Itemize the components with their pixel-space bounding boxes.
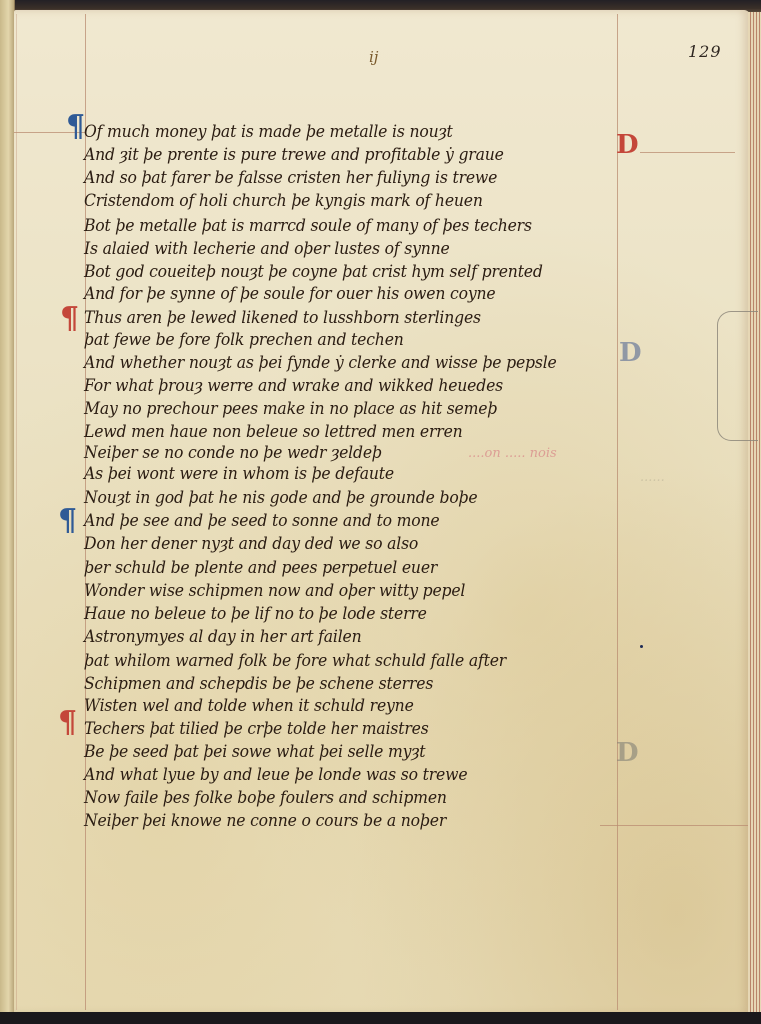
ink-dot bbox=[640, 645, 643, 648]
paraph-red-1: D bbox=[616, 132, 639, 158]
text-line-5: Bot þe metalle þat is marrcd soule of ma… bbox=[84, 216, 532, 236]
text-line-15: Neiþer se no conde no þe wedr ȝeldeþ bbox=[84, 443, 382, 463]
text-line-6: Is alaied with lecherie and oþer lustes … bbox=[84, 239, 450, 259]
text-line-23: Astronymyes al day in her art failen bbox=[84, 627, 361, 647]
text-line-1: Of much money þat is made þe metalle is … bbox=[84, 122, 453, 142]
text-line-24: þat whilom warned folk be fore what schu… bbox=[84, 651, 506, 671]
text-line-21: Wonder wise schipmen now and oþer witty … bbox=[84, 581, 465, 601]
marginal-note: ....on ..... nois bbox=[468, 446, 557, 461]
text-line-12: For what þrouȝ werre and wrake and wikke… bbox=[84, 376, 503, 396]
text-line-25: Schipmen and schepdis be þe schene sterr… bbox=[84, 674, 433, 694]
show-through-text: ...... bbox=[640, 470, 665, 485]
initial-red-2: ¶ bbox=[58, 708, 77, 738]
text-line-9: Thus aren þe lewed likened to lusshborn … bbox=[84, 308, 481, 328]
text-line-16: As þei wont were in whom is þe defaute bbox=[84, 464, 394, 484]
text-line-3: And so þat farer be falsse cristen her f… bbox=[84, 168, 497, 188]
ruling-bottom-right bbox=[600, 825, 748, 826]
text-line-4: Cristendom of holi church þe kyngis mark… bbox=[84, 191, 483, 211]
text-line-28: Be þe seed þat þei sowe what þei selle m… bbox=[84, 742, 425, 762]
ruling-right bbox=[617, 14, 618, 1010]
text-line-13: May no prechour pees make in no place as… bbox=[84, 399, 497, 419]
text-line-29: And what lyue by and leue þe londe was s… bbox=[84, 765, 467, 785]
text-line-22: Haue no beleue to þe lif no to þe lode s… bbox=[84, 604, 427, 624]
text-line-7: Bot god coueiteþ nouȝt þe coyne þat cris… bbox=[84, 262, 543, 282]
paraph-blue-1: D bbox=[619, 340, 642, 366]
text-line-26: Wisten wel and tolde when it schuld reyn… bbox=[84, 696, 414, 716]
text-line-20: þer schuld be plente and pees perpetuel … bbox=[84, 558, 437, 578]
page-clip bbox=[717, 311, 758, 441]
text-line-27: Techers þat tilied þe crþe tolde her mai… bbox=[84, 719, 429, 739]
paraph-grey-1: D bbox=[616, 740, 639, 766]
book-gutter bbox=[0, 0, 15, 1024]
ruling-gutter bbox=[16, 14, 17, 1010]
text-line-2: And ȝit þe prente is pure trewe and prof… bbox=[84, 145, 504, 165]
book-bottom-edge bbox=[0, 1012, 761, 1024]
text-line-14: Lewd men haue non beleue so lettred men … bbox=[84, 422, 463, 442]
ruling-top-right bbox=[640, 152, 735, 153]
initial-blue-2: ¶ bbox=[58, 506, 77, 536]
text-line-11: And whether nouȝt as þei fynde ẏ clerke … bbox=[84, 353, 557, 373]
initial-red-1: ¶ bbox=[60, 304, 79, 334]
text-line-17: Nouȝt in god þat he nis gode and þe grou… bbox=[84, 488, 477, 508]
text-line-30: Now faile þes folke boþe foulers and sch… bbox=[84, 788, 447, 808]
text-line-10: þat fewe be fore folk prechen and techen bbox=[84, 330, 404, 350]
text-line-8: And for þe synne of þe soule for ouer hi… bbox=[84, 284, 495, 304]
text-line-19: Don her dener nyȝt and day ded we so als… bbox=[84, 534, 418, 554]
text-line-31: Neiþer þei knowe ne conne o cours be a n… bbox=[84, 811, 446, 831]
page-fore-edge bbox=[748, 12, 761, 1012]
folio-number: 129 bbox=[688, 42, 722, 61]
initial-blue-1: ¶ bbox=[66, 112, 85, 142]
text-line-18: And þe see and þe seed to sonne and to m… bbox=[84, 511, 439, 531]
signature-mark: ij bbox=[369, 48, 378, 66]
